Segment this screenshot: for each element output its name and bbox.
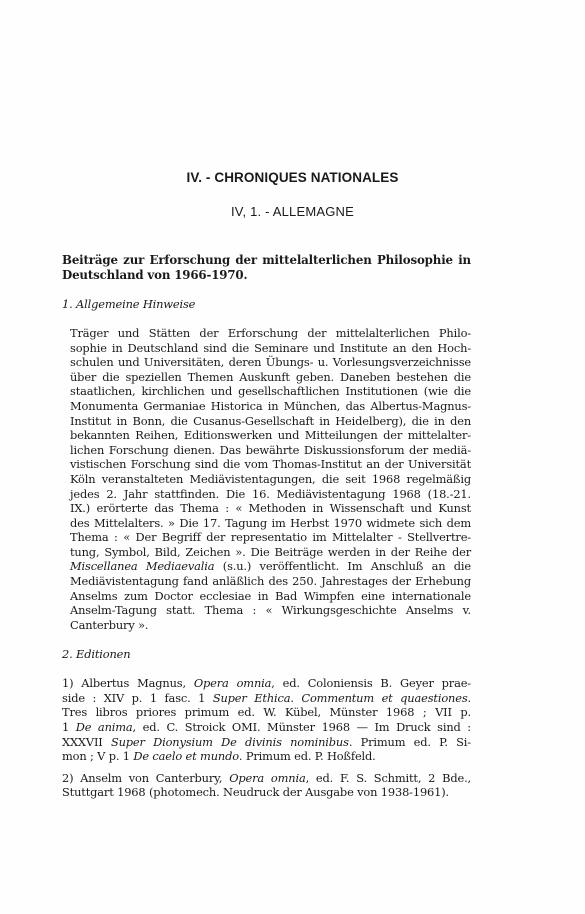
text-line: Köln veranstalteten Mediävistentagungen,…: [62, 472, 471, 487]
text-line: Anselm-Tagung statt. Thema : « Wirkungsg…: [62, 603, 471, 618]
paragraph-allgemeine-hinweise: Träger und Stätten der Erforschung der m…: [62, 326, 471, 632]
text-line: schulen und Universitäten, deren Übungs-…: [62, 355, 471, 370]
text-line: XXXVII Super Dionysium De divinis nomini…: [62, 735, 471, 750]
text-line: Tres libros priores primum ed. W. Kübel,…: [62, 705, 471, 720]
edition-item-albertus-magnus: 1) Albertus Magnus, Opera omnia, ed. Col…: [62, 676, 471, 764]
text-line: 1 De anima, ed. C. Stroick OMI. Münster …: [62, 720, 471, 735]
text-line: Canterbury ».: [62, 618, 471, 633]
article-body: Beiträge zur Erforschung der mittelalter…: [62, 253, 471, 807]
text-line: 2) Anselm von Canterbury, Opera omnia, e…: [62, 771, 471, 786]
text-line: jedes 2. Jahr stattfinden. Die 16. Mediä…: [62, 487, 471, 502]
text-line: staatlichen, kirchlichen und gesellschaf…: [62, 384, 471, 399]
text-line: tung, Symbol, Bild, Zeichen ». Die Beitr…: [62, 545, 471, 560]
text-line: bekannten Reihen, Editionswerken und Mit…: [62, 428, 471, 443]
section-heading-editionen: 2. Editionen: [62, 647, 471, 662]
text-line: Institut in Bonn, die Cusanus-Gesellscha…: [62, 414, 471, 429]
text-line: Thema : « Der Begriff der representatio …: [62, 530, 471, 545]
text-line: 1) Albertus Magnus, Opera omnia, ed. Col…: [62, 676, 471, 691]
text-line: vistischen Forschung sind die vom Thomas…: [62, 457, 471, 472]
text-line: mon ; V p. 1 De caelo et mundo. Primum e…: [62, 749, 471, 764]
text-line: side : XIV p. 1 fasc. 1 Super Ethica. Co…: [62, 691, 471, 706]
text-line: Mediävistentagung fand anläßlich des 250…: [62, 574, 471, 589]
section-title: IV, 1. - ALLEMAGNE: [0, 204, 585, 219]
document-page: IV. - CHRONIQUES NATIONALES IV, 1. - ALL…: [0, 0, 585, 914]
text-line: Miscellanea Mediaevalia (s.u.) veröffent…: [62, 559, 471, 574]
text-line: Stuttgart 1968 (photomech. Neudruck der …: [62, 785, 471, 800]
section-heading-allgemeine-hinweise: 1. Allgemeine Hinweise: [62, 297, 471, 312]
text-line: Anselms zum Doctor ecclesiae in Bad Wimp…: [62, 589, 471, 604]
text-line: Monumenta Germaniae Historica in München…: [62, 399, 471, 414]
chapter-title: IV. - CHRONIQUES NATIONALES: [0, 170, 585, 185]
article-title: Beiträge zur Erforschung der mittelalter…: [62, 253, 471, 282]
text-line: IX.) erörterte das Thema : « Methoden in…: [62, 501, 471, 516]
text-line: sophie in Deutschland sind die Seminare …: [62, 341, 471, 356]
edition-item-anselm: 2) Anselm von Canterbury, Opera omnia, e…: [62, 771, 471, 800]
text-line: Träger und Stätten der Erforschung der m…: [62, 326, 471, 341]
text-line: über die speziellen Themen Auskunft gebe…: [62, 370, 471, 385]
text-line: des Mittelalters. » Die 17. Tagung im He…: [62, 516, 471, 531]
text-line: lichen Forschung dienen. Das bewährte Di…: [62, 443, 471, 458]
